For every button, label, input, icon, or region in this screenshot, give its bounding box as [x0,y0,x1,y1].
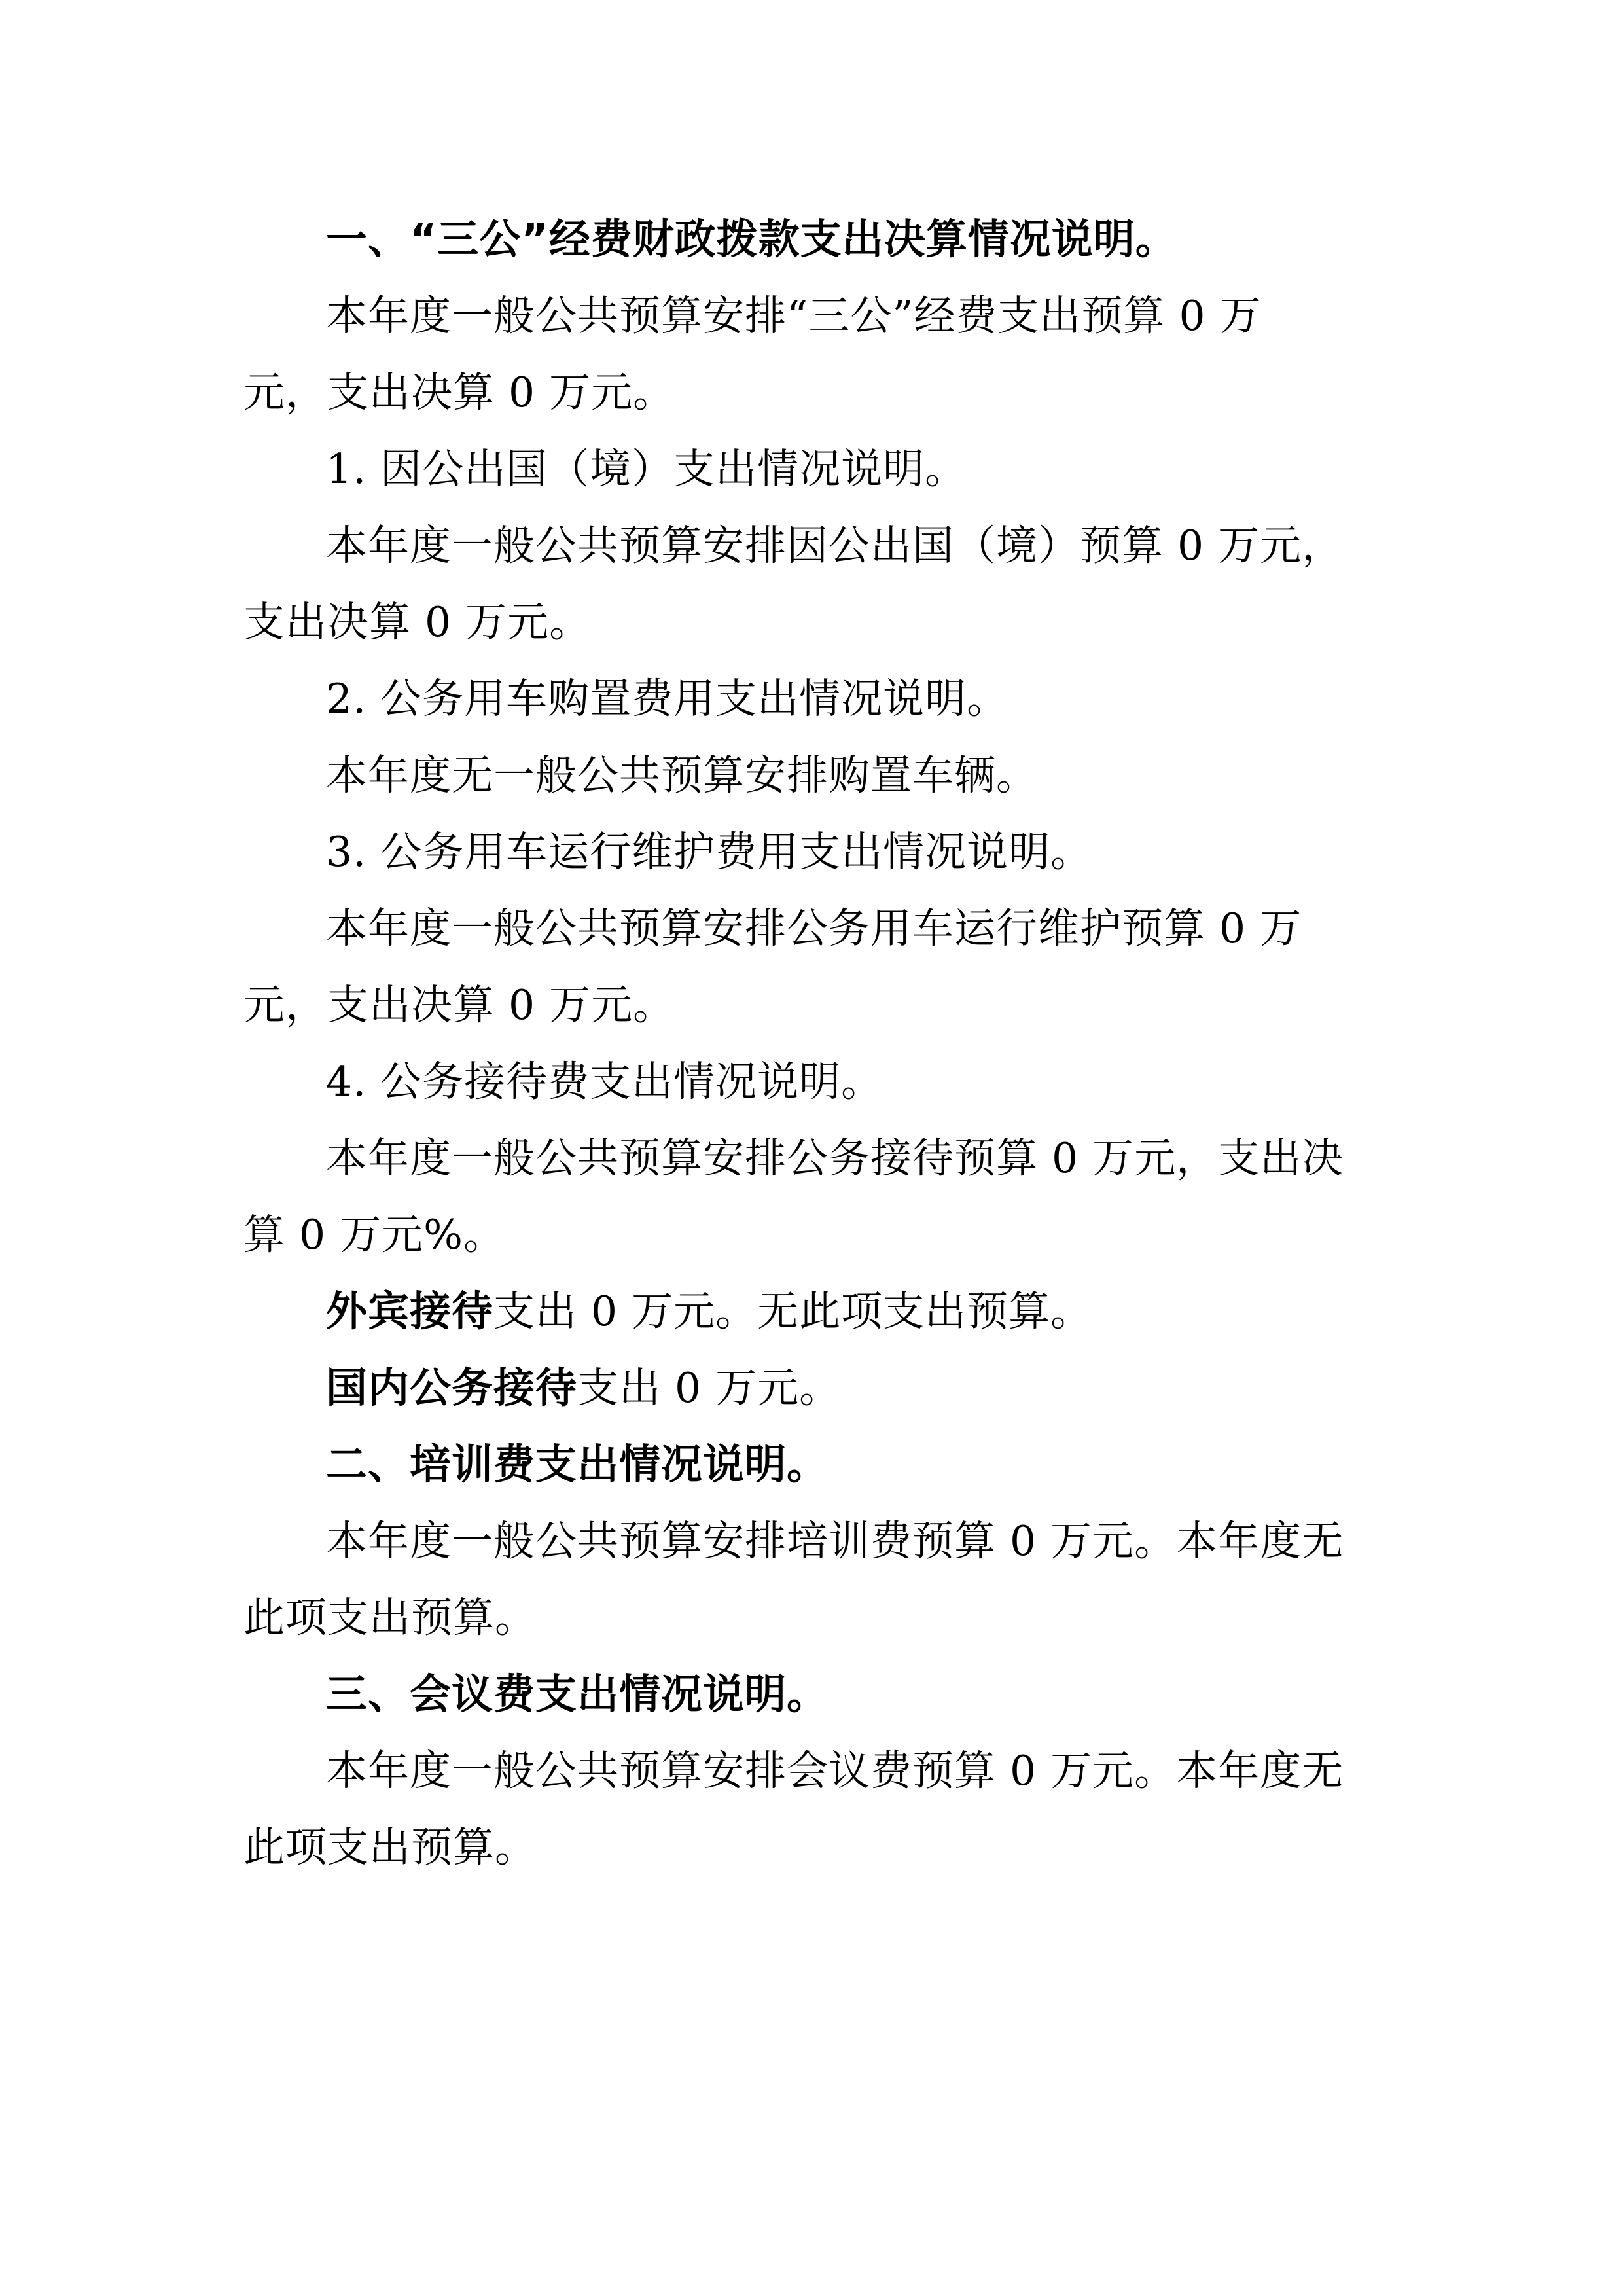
paragraph-line: 本年度一般公共预算安排公务接待预算 0 万元，支出决 [243,1120,1395,1196]
subitem-heading-3: 3. 公务用车运行维护费用支出情况说明。 [243,814,1395,890]
paragraph-line: 本年度一般公共预算安排培训费预算 0 万元。本年度无 [243,1503,1395,1579]
document-page: 一、“三公”经费财政拨款支出决算情况说明。 本年度一般公共预算安排“三公”经费支… [0,0,1623,2296]
section-heading-3: 三、会议费支出情况说明。 [243,1656,1395,1732]
paragraph-line: 外宾接待支出 0 万元。无此项支出预算。 [243,1273,1395,1350]
paragraph-line: 此项支出预算。 [243,1579,1395,1656]
bold-lead-foreign-guests: 外宾接待 [326,1287,493,1335]
subitem-heading-1: 1. 因公出国（境）支出情况说明。 [243,431,1395,507]
paragraph-line: 此项支出预算。 [243,1809,1395,1886]
paragraph-line: 支出决算 0 万元。 [243,584,1395,660]
subitem-heading-2: 2. 公务用车购置费用支出情况说明。 [243,660,1395,737]
paragraph-line: 本年度一般公共预算安排“三公”经费支出预算 0 万 [243,278,1395,354]
section-heading-2: 二、培训费支出情况说明。 [243,1426,1395,1503]
paragraph-line: 本年度一般公共预算安排公务用车运行维护预算 0 万 [243,890,1395,967]
paragraph-text: 支出 0 万元。 [577,1364,841,1412]
subitem-heading-4: 4. 公务接待费支出情况说明。 [243,1043,1395,1120]
document-body: 一、“三公”经费财政拨款支出决算情况说明。 本年度一般公共预算安排“三公”经费支… [243,201,1395,1886]
paragraph-line: 元，支出决算 0 万元。 [243,967,1395,1043]
paragraph-line: 本年度一般公共预算安排会议费预算 0 万元。本年度无 [243,1732,1395,1809]
bold-lead-domestic-reception: 国内公务接待 [326,1363,577,1412]
paragraph-line: 国内公务接待支出 0 万元。 [243,1350,1395,1426]
paragraph-text: 支出 0 万元。无此项支出预算。 [493,1287,1092,1335]
paragraph-line: 本年度无一般公共预算安排购置车辆。 [243,737,1395,814]
paragraph-line: 元，支出决算 0 万元。 [243,354,1395,431]
paragraph-line: 本年度一般公共预算安排因公出国（境）预算 0 万元， [243,507,1395,584]
section-heading-1: 一、“三公”经费财政拨款支出决算情况说明。 [243,201,1395,278]
paragraph-line: 算 0 万元%。 [243,1196,1395,1273]
